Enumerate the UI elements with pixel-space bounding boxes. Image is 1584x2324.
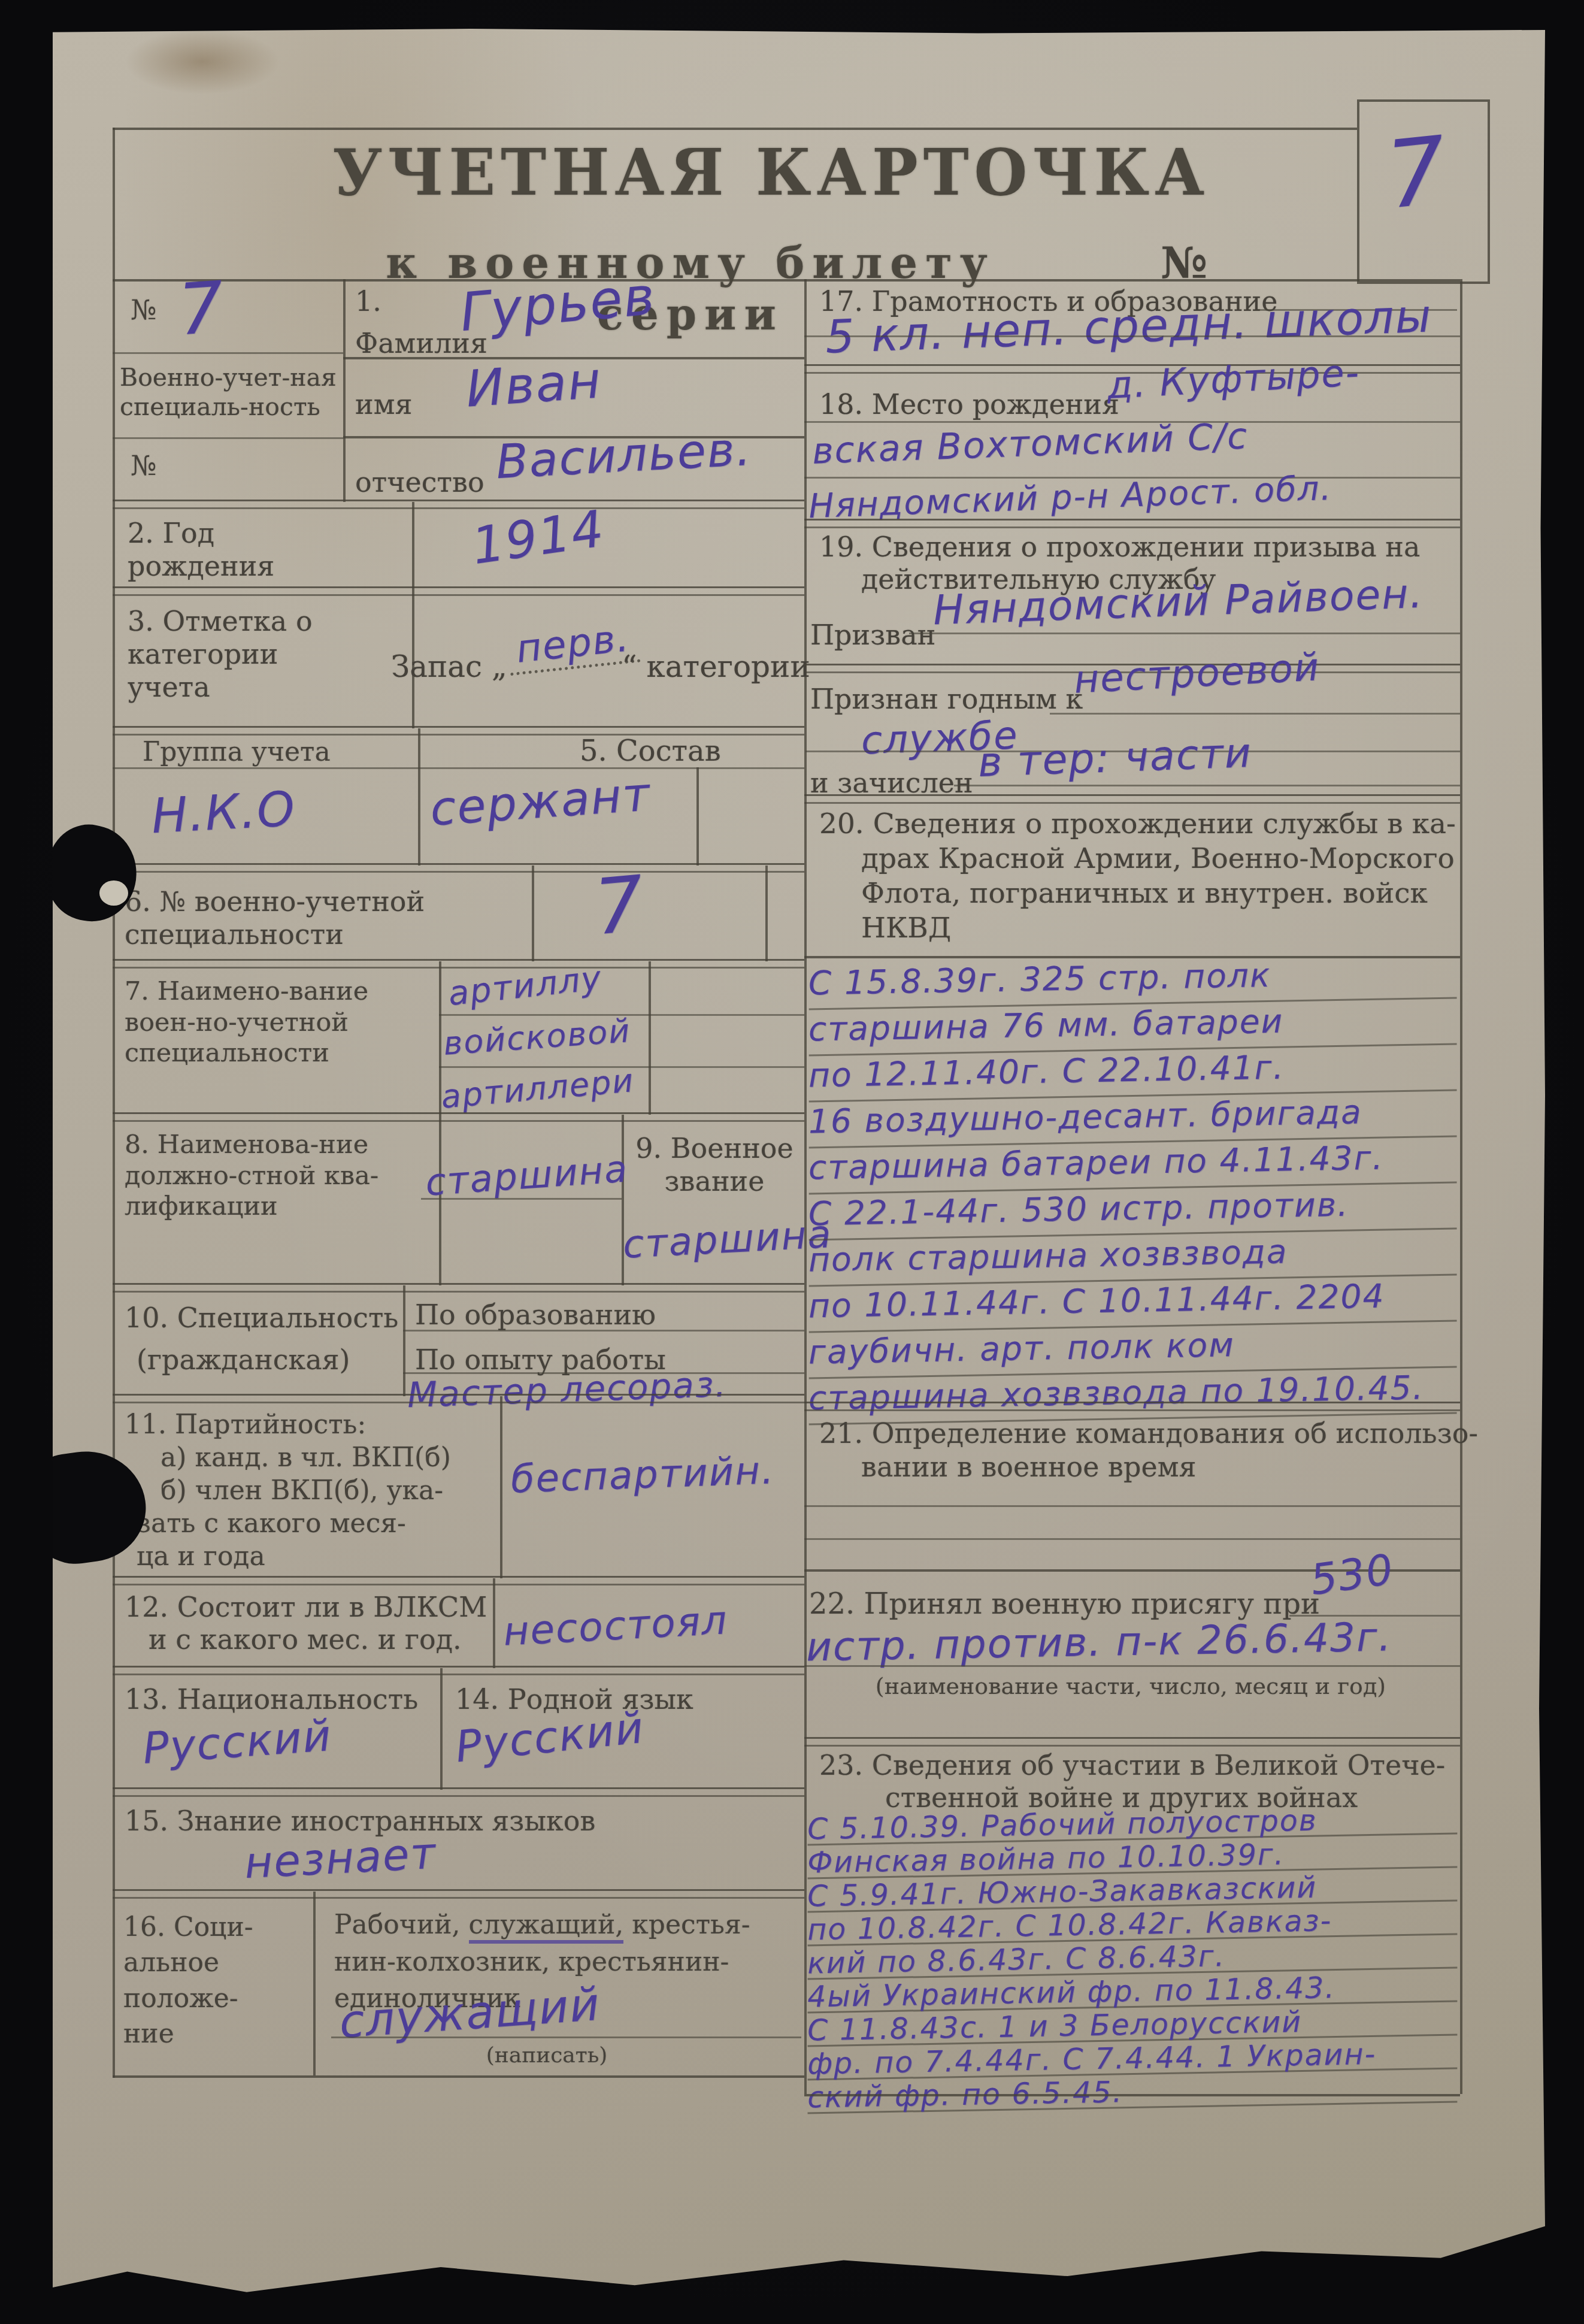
table-line (113, 1576, 804, 1585)
table-line (1050, 713, 1460, 715)
table-line (493, 1578, 495, 1668)
civil-spec-label1: 10. Специальность (125, 1302, 398, 1335)
table-line (113, 500, 804, 509)
scanned-military-registration-card: { "colors": { "background": "#0a0a0c", "… (0, 0, 1584, 2324)
card-paper: УЧЕТНАЯ КАРТОЧКА к военному билету серии… (53, 29, 1545, 2299)
service-label-4: НКВД (861, 912, 951, 945)
table-line (804, 279, 807, 2094)
enrolled-value: в тер: части (977, 730, 1253, 786)
table-line (113, 437, 343, 439)
birthplace-line2: вская Вохтомский С/с (811, 415, 1249, 472)
service-label-1: 20. Сведения о прохождении службы в ка- (819, 807, 1456, 841)
zapas-prefix: Запас „ (391, 649, 507, 685)
table-line (331, 2036, 801, 2038)
table-line (421, 1198, 622, 1200)
paper-stain (125, 29, 280, 95)
punched-hole-highlight (99, 880, 128, 906)
command-decision-label-2: вании в военное время (861, 1451, 1196, 1484)
zapas-suffix: “ категории (622, 649, 810, 685)
field1-number: 1. (355, 285, 381, 318)
vus-name-line3: артиллери (440, 1061, 636, 1116)
service-label-2: драх Красной Армии, Военно-Морского (861, 842, 1455, 876)
war-participation-lines: С 5.10.39. Рабочий полуостров Финская во… (807, 1806, 1457, 2108)
table-line (804, 335, 1460, 337)
table-line (113, 1394, 804, 1403)
table-line (440, 1668, 443, 1790)
patronymic-value: Васильев. (495, 422, 753, 489)
party-label-3: б) член ВКП(б), ука- (160, 1475, 443, 1507)
vus-name-label: 7. Наимено-вание воен-но-учетной специал… (125, 976, 394, 1069)
sostav-label: 5. Состав (580, 734, 721, 769)
by-education-label: По образованию (415, 1299, 656, 1332)
name-label: имя (355, 388, 412, 421)
table-line (804, 519, 1460, 528)
nationality-label: 13. Национальность (125, 1683, 418, 1716)
category-label: 3. Отметка о категории учета (128, 605, 325, 704)
reg-no-label: № (131, 293, 157, 326)
table-line (113, 863, 804, 873)
conscription-label-1: 19. Сведения о прохождении призыва на (819, 531, 1420, 564)
birthplace-line1: д. Куфтыре- (1106, 350, 1361, 407)
table-line (113, 128, 115, 2078)
table-line (403, 1285, 405, 1396)
table-line (113, 279, 1460, 282)
oath-unit-number: 530 (1307, 1545, 1397, 1605)
social-status-label: 16. Соци-альное положе-ние (123, 1910, 267, 2052)
nationality-value: Русский (141, 1710, 333, 1774)
position-value: старшина (424, 1146, 629, 1204)
table-line (113, 2075, 804, 2078)
punched-hole (22, 1444, 153, 1569)
rank-value: старшина (622, 1212, 833, 1267)
table-line (418, 728, 420, 866)
war-participation-label-1: 23. Сведения об участии в Великой Отече- (819, 1749, 1445, 1782)
table-line (1460, 279, 1462, 2094)
party-value: беспартийн. (510, 1448, 776, 1502)
table-line (500, 1396, 502, 1578)
table-line (113, 959, 804, 969)
table-line (113, 128, 1357, 130)
oath-unit-line: истр. против. п-к 26.6.43г. (805, 1614, 1392, 1670)
name-value: Иван (464, 350, 604, 419)
fit-value: нестроевой (1073, 645, 1321, 702)
birth-year-label: 2. Год рождения (128, 517, 307, 583)
position-label: 8. Наименова-ние должно-стной ква-лифика… (125, 1130, 394, 1222)
table-line (113, 1787, 804, 1797)
table-line (403, 1330, 804, 1332)
birth-year-value: 1914 (468, 499, 608, 576)
table-line (412, 502, 414, 728)
oath-caption: (наименование части, число, месяц и год) (831, 1673, 1430, 1700)
patronymic-label: отчество (355, 466, 484, 499)
reg-no-value: 7 (175, 265, 228, 351)
table-line (804, 1505, 1460, 1507)
party-label-1: 11. Партийность: (125, 1409, 366, 1441)
table-line (113, 352, 343, 354)
vlksm-label-2: и с какого мес. и год. (149, 1623, 462, 1656)
table-line (113, 1666, 804, 1675)
command-decision-label-1: 21. Определение командования об использо… (819, 1417, 1478, 1450)
party-label-2: а) канд. в чл. ВКП(б) (160, 1442, 451, 1474)
table-line (804, 1665, 1460, 1667)
corner-number-value: 7 (1382, 116, 1453, 230)
table-line (804, 1402, 1460, 1411)
service-record-lines: С 15.8.39г. 325 стр. полк старшина 76 мм… (808, 958, 1456, 1420)
group-value: Н.К.О (150, 781, 297, 844)
table-line (804, 794, 1460, 804)
vus-number-value: 7 (591, 860, 649, 953)
option-employee-underlined: служащий, (469, 1910, 624, 1944)
category-value: перв. (505, 615, 640, 676)
party-label-5: ца и года (137, 1541, 265, 1573)
birthplace-label: 18. Место рождения (819, 388, 1119, 421)
foreign-languages-value: незнает (243, 1828, 438, 1889)
table-line (649, 961, 651, 1115)
write-caption: (написать) (412, 2042, 682, 2068)
sostav-value: сержант (428, 767, 652, 837)
table-line (804, 1538, 1460, 1540)
table-line (343, 279, 346, 502)
table-line (313, 1892, 316, 2075)
service-label-3: Флота, пограничных и внутрен. войск (861, 877, 1428, 910)
table-line (765, 866, 768, 961)
civil-spec-label2: (гражданская) (137, 1343, 350, 1376)
vlksm-value: несостоял (502, 1597, 729, 1655)
reg-spec-label: Военно-учет-ная специаль-ность (120, 363, 341, 422)
option-worker: Рабочий, (334, 1910, 469, 1940)
table-line (113, 1283, 804, 1293)
table-line (804, 2094, 1460, 2096)
vlksm-label-1: 12. Состоит ли в ВЛКСМ (125, 1591, 487, 1624)
table-line (113, 586, 804, 596)
table-line (113, 767, 804, 769)
card-title: УЧЕТНАЯ КАРТОЧКА (304, 135, 1238, 211)
table-line (113, 1889, 804, 1899)
table-line (113, 1112, 804, 1122)
table-line (954, 785, 1460, 786)
group-label: Группа учета (143, 737, 331, 768)
vus-number-label: 6. № военно-учетной специальности (125, 885, 532, 951)
fit-label: Признан годным к (810, 683, 1083, 716)
table-line (532, 866, 534, 961)
party-label-4: зать с какого меся- (137, 1508, 406, 1540)
table-line (804, 1737, 1460, 1747)
reg-no2-label: № (131, 449, 157, 482)
called-label: Призван (810, 619, 935, 652)
rank-label: 9. Военное звание (631, 1132, 798, 1198)
table-line (696, 767, 699, 866)
vus-name-line2: войсковой (442, 1012, 632, 1063)
table-line (909, 633, 1460, 634)
